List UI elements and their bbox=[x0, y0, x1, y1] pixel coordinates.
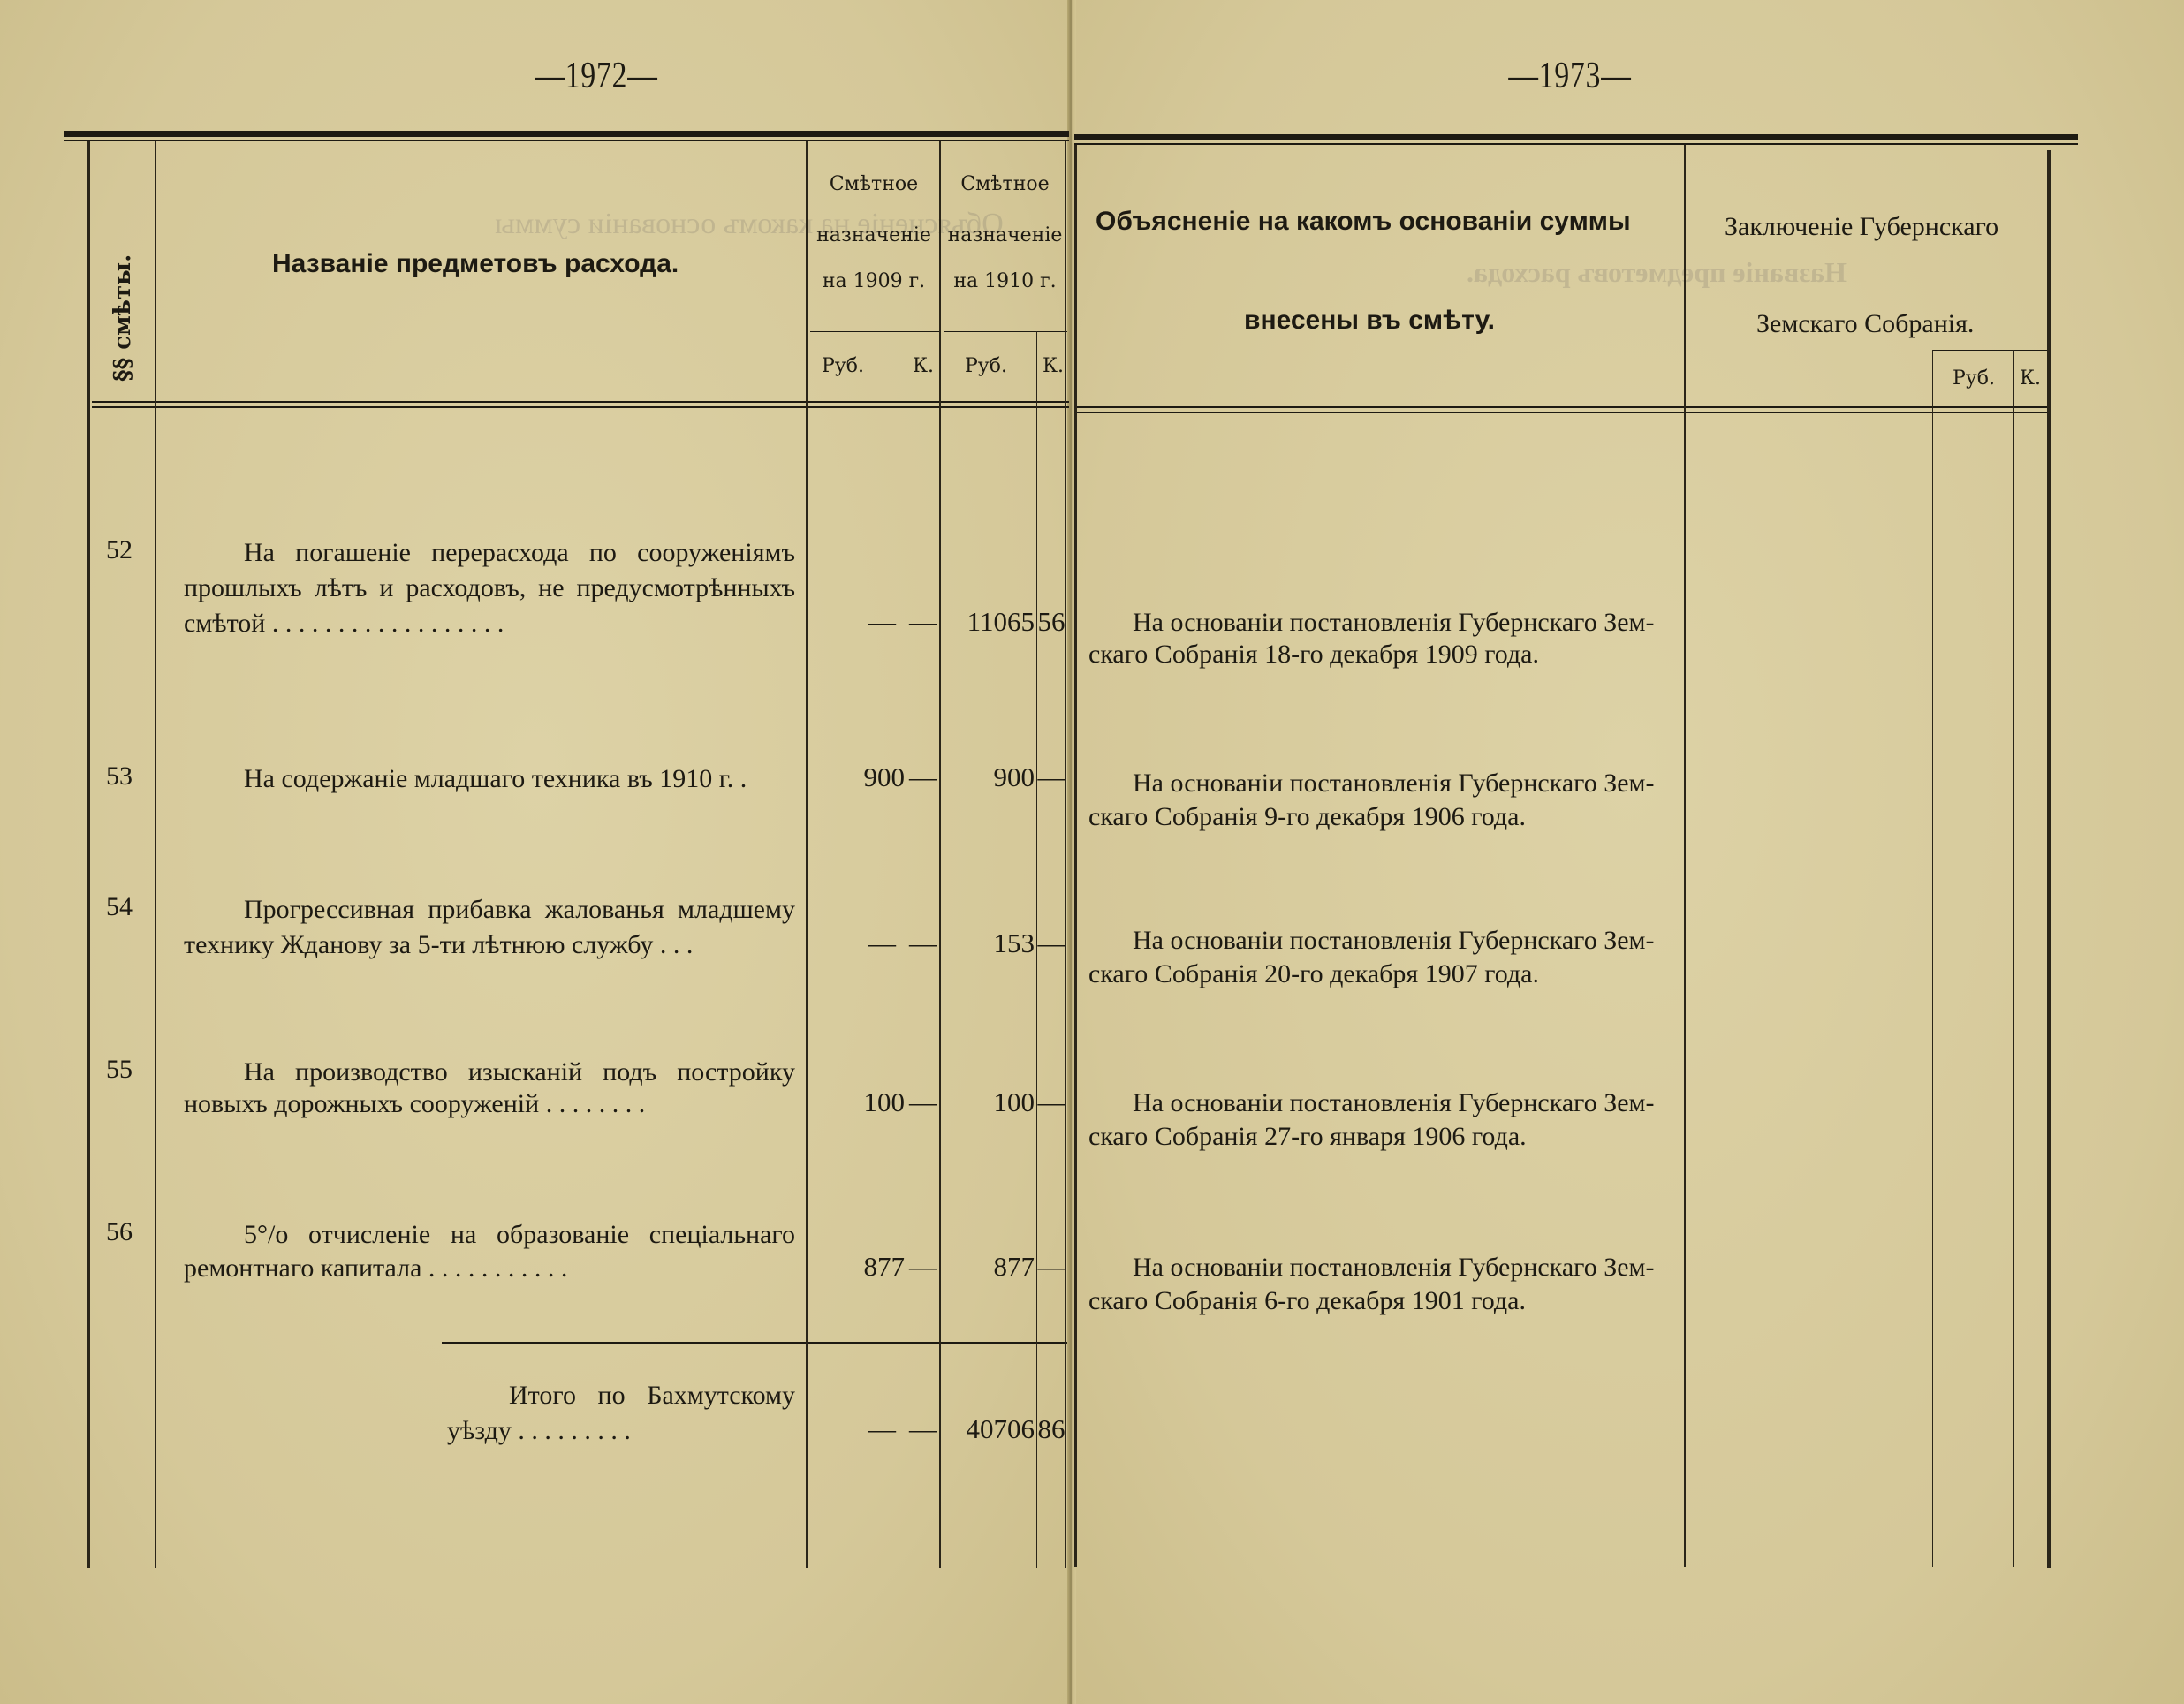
estimate-1910-line2: назначеніе bbox=[941, 224, 1069, 246]
rub-1910: 11065 bbox=[941, 606, 1035, 638]
rub-1909: 100 bbox=[808, 1087, 905, 1118]
explanation-line: скаго Собранія 6-го декабря 1901 года. bbox=[1088, 1284, 1526, 1318]
top-rule-right bbox=[1074, 134, 2078, 140]
row-description-line: новыхъ дорожныхъ сооруженій . . . . . . … bbox=[184, 1087, 795, 1122]
rub-1909: 877 bbox=[808, 1251, 905, 1283]
row-description-line: 5°/o отчисленіе на образованіе спеціальн… bbox=[244, 1217, 795, 1253]
row-number: 55 bbox=[106, 1055, 133, 1085]
rub-subheader-rule-1910 bbox=[944, 331, 1067, 332]
rub-subheader-rule-1909 bbox=[810, 331, 939, 332]
row-description-line: На производство изысканій подъ постройку bbox=[244, 1055, 795, 1090]
bleed-through-text: Названіе предметовъ расхода. bbox=[1467, 256, 1847, 289]
row-description-line: На погашеніе перерасхода по сооруженіямъ bbox=[244, 535, 795, 571]
rub-1909: — bbox=[808, 928, 896, 959]
row-description-line: технику Жданову за 5-ти лѣтнюю службу . … bbox=[184, 928, 795, 963]
header-bottom-rule-left-2 bbox=[92, 406, 1069, 408]
right-page-left-border bbox=[1074, 145, 1077, 1567]
explanation-line: На основаніи постановленія Губернскаго З… bbox=[1133, 1251, 1655, 1284]
explanation-line: На основаніи постановленія Губернскаго З… bbox=[1133, 924, 1655, 958]
kop-1910: — bbox=[1037, 1087, 1065, 1118]
rub-1910: 900 bbox=[941, 761, 1035, 793]
kop-1909: — bbox=[906, 606, 939, 638]
estimate-1910-line3: на 1910 г. bbox=[941, 270, 1069, 292]
conclusion-kop-header: К. bbox=[2020, 367, 2041, 390]
explanation-line: скаго Собранія 20-го декабря 1907 года. bbox=[1088, 958, 1539, 991]
row-number: 53 bbox=[106, 761, 133, 791]
top-rule-right-thin bbox=[1074, 143, 2078, 145]
conclusion-rub-header: Руб. bbox=[1953, 367, 1995, 390]
header-bottom-rule-left bbox=[92, 401, 1069, 403]
rub-divider-right bbox=[1932, 350, 1933, 1567]
header-bottom-rule-right bbox=[1076, 406, 2050, 408]
row-description-line: На содержаніе младшаго техника въ 1910 г… bbox=[244, 761, 795, 797]
row-description-line: ремонтнаго капитала . . . . . . . . . . … bbox=[184, 1251, 795, 1286]
explanation-line: На основаніи постановленія Губернскаго З… bbox=[1133, 1087, 1655, 1120]
kop-1910: 56 bbox=[1037, 606, 1065, 638]
row-number: 56 bbox=[106, 1217, 133, 1247]
row-description-line: прошлыхъ лѣтъ и расходовъ, не предусмотр… bbox=[184, 571, 795, 606]
total-label-line: Итого по Бахмутскому bbox=[509, 1378, 795, 1413]
total-kop-1910: 86 bbox=[1037, 1413, 1065, 1445]
kop-1909: — bbox=[906, 1251, 939, 1283]
kop-divider-right bbox=[2013, 350, 2014, 1567]
top-rule-left bbox=[64, 131, 1069, 137]
right-page-right-border bbox=[2047, 150, 2051, 1568]
estimate-1909-line1: Смѣтное bbox=[808, 173, 940, 195]
explanation-line: На основаніи постановленія Губернскаго З… bbox=[1133, 767, 1655, 800]
section-number-header: §§ смѣты. bbox=[110, 254, 136, 382]
explanation-line: скаго Собранія 9-го декабря 1906 года. bbox=[1088, 800, 1526, 834]
rub-1910-header: Руб. bbox=[965, 355, 1007, 377]
explanation-conclusion-divider bbox=[1684, 145, 1686, 1567]
kop-1910: — bbox=[1037, 761, 1065, 793]
row-number: 52 bbox=[106, 535, 133, 565]
header-bottom-rule-right-2 bbox=[1076, 412, 2050, 413]
rub-1910: 153 bbox=[941, 928, 1035, 959]
kop-1909: — bbox=[906, 1087, 939, 1118]
row-description-line: смѣтой . . . . . . . . . . . . . . . . .… bbox=[184, 606, 795, 641]
kop-1910: — bbox=[1037, 928, 1065, 959]
top-rule-left-thin bbox=[64, 140, 1069, 141]
explanation-header-line2: внесены въ смѣту. bbox=[1244, 306, 1495, 336]
explanation-line: скаго Собранія 27-го января 1906 года. bbox=[1088, 1120, 1527, 1154]
kop-1909-header: К. bbox=[913, 355, 934, 377]
estimate-1909-line3: на 1909 г. bbox=[808, 270, 940, 292]
rub-1909-header: Руб. bbox=[822, 355, 864, 377]
estimate-1910-line1: Смѣтное bbox=[941, 173, 1069, 195]
rub-1909: 900 bbox=[808, 761, 905, 793]
expense-name-header: Названіе предметовъ расхода. bbox=[272, 249, 679, 279]
row-number: 54 bbox=[106, 892, 133, 922]
kop-1909: — bbox=[906, 761, 939, 793]
kop-1910: — bbox=[1037, 1251, 1065, 1283]
kop-1910-header: К. bbox=[1043, 355, 1064, 377]
total-rub-1910: 40706 bbox=[941, 1413, 1035, 1445]
column-divider-1910-left bbox=[939, 141, 941, 1568]
explanation-line: скаго Собранія 18-го декабря 1909 года. bbox=[1088, 638, 1539, 671]
row-description-line: Прогрессивная прибавка жалованья младшем… bbox=[244, 892, 795, 928]
number-column-divider bbox=[155, 141, 156, 1568]
explanation-header-line1: Объясненіе на какомъ основаніи суммы bbox=[1096, 207, 1631, 237]
kop-1909: — bbox=[906, 928, 939, 959]
page-number-right: —1973— bbox=[1508, 55, 1631, 97]
conclusion-header-line1: Заключеніе Губернскаго bbox=[1725, 212, 1998, 242]
estimate-1909-line2: назначеніе bbox=[808, 224, 940, 246]
rub-1910: 100 bbox=[941, 1087, 1035, 1118]
total-label-line: уѣзду . . . . . . . . . bbox=[447, 1413, 795, 1449]
explanation-line: На основаніи постановленія Губернскаго З… bbox=[1133, 606, 1655, 640]
left-border bbox=[87, 141, 90, 1568]
rub-1910: 877 bbox=[941, 1251, 1035, 1283]
page-number-left: —1972— bbox=[535, 55, 657, 97]
left-page-right-border bbox=[1065, 141, 1066, 1568]
rub-subheader-rule-right bbox=[1932, 350, 2051, 351]
column-divider-1909-left bbox=[806, 141, 808, 1568]
conclusion-header-line2: Земскаго Собранія. bbox=[1756, 309, 1974, 339]
subtotal-rule bbox=[442, 1342, 1067, 1344]
total-kop-1909: — bbox=[906, 1413, 939, 1445]
total-rub-1909: — bbox=[808, 1413, 896, 1445]
rub-1909: — bbox=[808, 606, 896, 638]
